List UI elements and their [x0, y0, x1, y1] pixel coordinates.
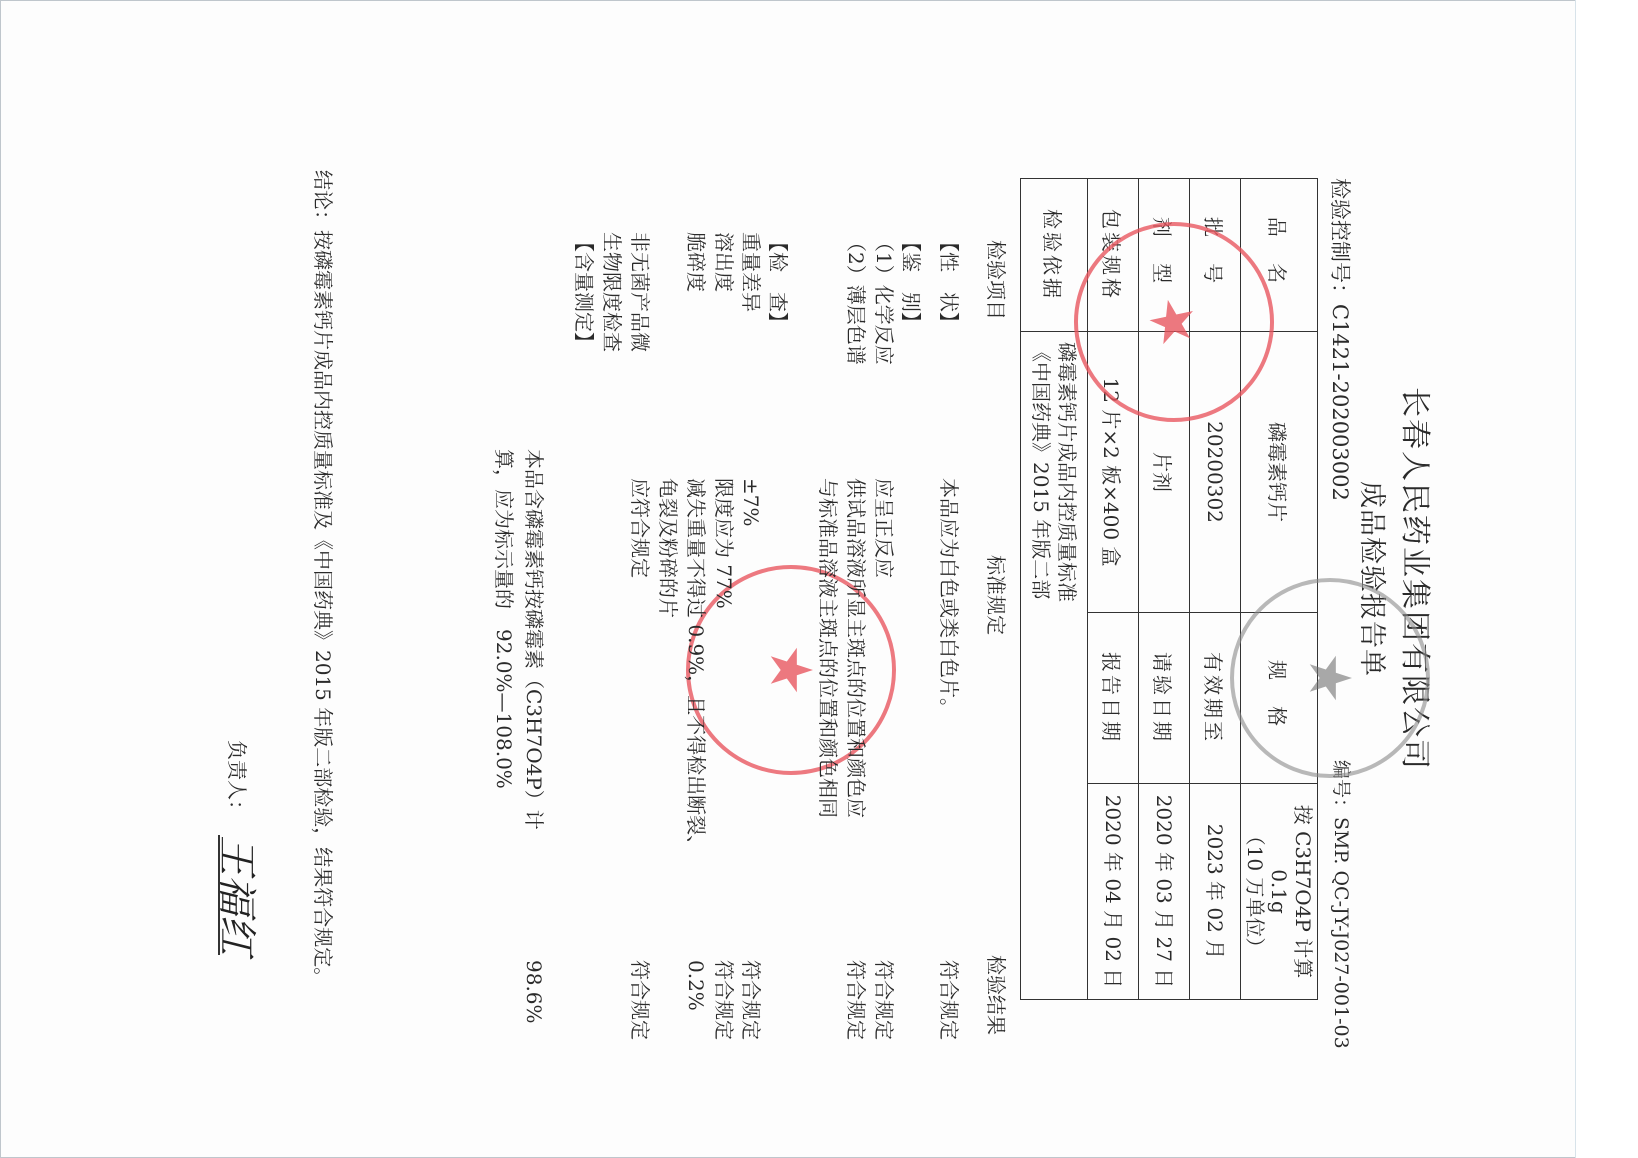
result-standard: 算，应为标示量的 92.0%—108.0%: [490, 449, 518, 789]
signature-underline: [218, 835, 220, 955]
result-standard: 供试品溶液所显主斑点的位置和颜色应: [842, 478, 870, 818]
result-standard: 与标准品溶液主斑点的位置和颜色相同: [814, 478, 842, 818]
spec-value-line1: 按 C3H7O4P 计算 0.1g: [1267, 794, 1315, 989]
control-number: 检验控制号：C1421-202003002: [1326, 178, 1356, 501]
product-info-table: 品 名 磷霉素钙片 规 格 按 C3H7O4P 计算 0.1g （10 万单位）…: [1020, 178, 1318, 1000]
dosage-form-value: 片剂: [1139, 332, 1190, 613]
package-value: 12 片×2 板×400 盒: [1088, 332, 1139, 613]
column-header-item: 检验项目: [982, 240, 1010, 320]
spec-label: 规 格: [1241, 613, 1318, 784]
result-value: 符合规定: [626, 960, 654, 1040]
conclusion-text: 结论：按磷霉素钙片成品内控质量标准及《中国药典》2015 年版二部检验，结果符合…: [308, 170, 338, 990]
basis-value: 磷霉素钙片成品内控质量标准 《中国药典》2015 年版二部: [1021, 332, 1088, 1000]
report-date-label: 报告日期: [1088, 613, 1139, 784]
result-standard: 本品含磷霉素钙按磷霉素（C3H7O4P）计: [520, 449, 548, 830]
result-standard: ±7%: [737, 478, 765, 527]
request-date-value: 2020 年 03 月 27 日: [1139, 784, 1190, 1000]
basis-line2: 《中国药典》2015 年版二部: [1028, 342, 1054, 989]
table-row: 品 名 磷霉素钙片 规 格 按 C3H7O4P 计算 0.1g （10 万单位）: [1241, 179, 1318, 1000]
result-item: 【性 状】: [935, 232, 963, 332]
batch-value: 20200302: [1190, 332, 1241, 613]
result-item: （2）薄层色谱: [842, 232, 870, 365]
column-header-result: 检验结果: [982, 955, 1010, 1035]
basis-label: 检验依据: [1021, 179, 1088, 332]
package-label: 包装规格: [1088, 179, 1139, 332]
report-title: 成品检验报告单: [1355, 0, 1394, 1158]
report-date-value: 2020 年 04 月 02 日: [1088, 784, 1139, 1000]
result-value: 0.2%: [682, 960, 710, 1011]
result-value: 符合规定: [737, 960, 765, 1040]
product-name-value: 磷霉素钙片: [1241, 332, 1318, 613]
responsible-person-label: 负责人：: [224, 740, 253, 820]
result-value: 符合规定: [935, 960, 963, 1040]
result-item: 脆碎度: [682, 232, 710, 292]
result-value: 符合规定: [710, 960, 738, 1040]
result-item: 非无菌产品微: [626, 232, 654, 352]
star-icon: ★: [762, 644, 820, 696]
document-code: 编号：SMP. QC-JY-J027-001-03: [1329, 760, 1356, 1049]
product-name-label: 品 名: [1241, 179, 1318, 332]
company-name: 长春人民药业集团有限公司: [1396, 0, 1440, 1158]
result-item: 【检 查】: [764, 232, 792, 332]
table-row: 批 号 20200302 有效期至 2023 年 02 月: [1190, 179, 1241, 1000]
basis-line1: 磷霉素钙片成品内控质量标准: [1054, 342, 1080, 989]
result-item: 【鉴 别】: [897, 232, 925, 332]
result-item: 生物限度检查: [598, 232, 626, 352]
expiry-value: 2023 年 02 月: [1190, 784, 1241, 1000]
dosage-form-label: 剂 型: [1139, 179, 1190, 332]
result-standard: 应呈正反应: [870, 478, 898, 578]
column-header-standard: 标准规定: [982, 555, 1010, 635]
result-item: 【含量测定】: [570, 232, 598, 352]
result-item: 重量差异: [737, 232, 765, 312]
batch-label: 批 号: [1190, 179, 1241, 332]
result-standard: 应符合规定: [626, 478, 654, 578]
result-value: 符合规定: [870, 960, 898, 1040]
result-item: 溶出度: [710, 232, 738, 292]
result-standard: 本品应为白色或类白色片。: [935, 478, 963, 718]
inspection-report-page: 长春人民药业集团有限公司 成品检验报告单 检验控制号：C1421-2020030…: [0, 0, 1638, 1158]
result-value: 98.6%: [520, 960, 548, 1024]
table-row: 剂 型 片剂 请验日期 2020 年 03 月 27 日: [1139, 179, 1190, 1000]
spec-value-line2: （10 万单位）: [1243, 794, 1267, 989]
result-standard: 龟裂及粉碎的片: [654, 478, 682, 618]
expiry-label: 有效期至: [1190, 613, 1241, 784]
table-row: 检验依据 磷霉素钙片成品内控质量标准 《中国药典》2015 年版二部: [1021, 179, 1088, 1000]
spec-value: 按 C3H7O4P 计算 0.1g （10 万单位）: [1241, 784, 1318, 1000]
request-date-label: 请验日期: [1139, 613, 1190, 784]
result-item: （1）化学反应: [870, 232, 898, 365]
result-value: 符合规定: [842, 960, 870, 1040]
table-row: 包装规格 12 片×2 板×400 盒 报告日期 2020 年 04 月 02 …: [1088, 179, 1139, 1000]
result-standard: 减失重量不得过 0.9%，且不得检出断裂、: [682, 478, 710, 855]
result-standard: 限度应为 77%: [710, 478, 738, 609]
